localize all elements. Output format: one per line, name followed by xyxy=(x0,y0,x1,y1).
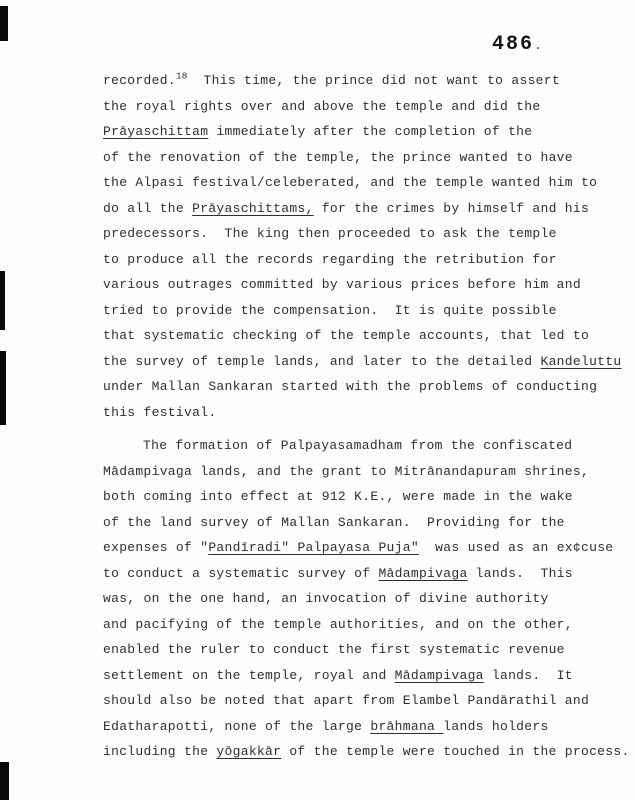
text-line: of the renovation of the temple, the pri… xyxy=(103,145,635,171)
underlined-term: Prāyaschittams, xyxy=(192,201,314,216)
underlined-term: Mādampivaga xyxy=(378,566,467,581)
text-line: of the land survey of Mallan Sankaran. P… xyxy=(103,510,635,536)
text-line: various outrages committed by various pr… xyxy=(103,272,635,298)
text-line: should also be noted that apart from Ela… xyxy=(103,688,635,714)
text-line: tried to provide the compensation. It is… xyxy=(103,298,635,324)
text-segment: do all the xyxy=(103,201,192,216)
page-number: 486. xyxy=(492,33,542,56)
text-line: recorded.18 This time, the prince did no… xyxy=(103,68,635,94)
scan-artifact-mark xyxy=(0,6,8,41)
text-segment: of the temple were touched in the proces… xyxy=(281,744,629,759)
text-line: predecessors. The king then proceeded to… xyxy=(103,221,635,247)
text-segment: to conduct a systematic survey of xyxy=(103,566,378,581)
text-segment: under Mallan Sankaran started with the p… xyxy=(103,379,597,394)
text-line: under Mallan Sankaran started with the p… xyxy=(103,374,635,400)
text-segment: should also be noted that apart from Ela… xyxy=(103,693,589,708)
page-number-dot: . xyxy=(534,38,542,53)
text-segment: Mādampivaga lands, and the grant to Mitr… xyxy=(103,464,589,479)
text-segment: enabled the ruler to conduct the first s… xyxy=(103,642,565,657)
text-segment: to produce all the records regarding the… xyxy=(103,252,557,267)
paragraph: The formation of Palpayasamadham from th… xyxy=(103,433,635,765)
text-segment: that systematic checking of the temple a… xyxy=(103,328,589,343)
text-segment: tried to provide the compensation. It is… xyxy=(103,303,557,318)
text-line: including the yōgakkār of the temple wer… xyxy=(103,739,635,765)
text-segment: the Alpasi festival/celeberated, and the… xyxy=(103,175,597,190)
text-segment: immediately after the completion of the xyxy=(208,124,532,139)
text-segment: the royal rights over and above the temp… xyxy=(103,99,540,114)
text-segment: The formation of Palpayasamadham from th… xyxy=(143,438,572,453)
footnote-reference: 18 xyxy=(176,71,187,82)
underlined-term: yōgakkār xyxy=(216,744,281,759)
text-segment: predecessors. The king then proceeded to… xyxy=(103,226,557,241)
text-line: Edatharapotti, none of the large brāhman… xyxy=(103,714,635,740)
document-page: 486. recorded.18 This time, the prince d… xyxy=(0,0,635,800)
text-segment: was used as an ex¢cuse xyxy=(419,540,613,555)
text-segment: of the land survey of Mallan Sankaran. P… xyxy=(103,515,565,530)
text-segment: for the crimes by himself and his xyxy=(314,201,589,216)
underlined-term: Kandeluttu xyxy=(540,354,621,369)
text-segment: this festival. xyxy=(103,405,216,420)
text-line: that systematic checking of the temple a… xyxy=(103,323,635,349)
text-segment: settlement on the temple, royal and xyxy=(103,668,395,683)
page-number-value: 486 xyxy=(492,33,534,56)
underlined-term: Pandīradi" Palpayasa Puja" xyxy=(208,540,419,555)
text-line: the royal rights over and above the temp… xyxy=(103,94,635,120)
text-segment: of the renovation of the temple, the pri… xyxy=(103,150,573,165)
text-line: this festival. xyxy=(103,400,635,426)
text-segment: expenses of " xyxy=(103,540,208,555)
text-line: expenses of "Pandīradi" Palpayasa Puja" … xyxy=(103,535,635,561)
text-line: both coming into effect at 912 K.E., wer… xyxy=(103,484,635,510)
text-segment: lands. It xyxy=(484,668,573,683)
text-line: enabled the ruler to conduct the first s… xyxy=(103,637,635,663)
text-line: Mādampivaga lands, and the grant to Mitr… xyxy=(103,459,635,485)
scan-artifact-mark xyxy=(0,351,6,425)
underlined-term: Mādampivaga xyxy=(395,668,484,683)
body-text: recorded.18 This time, the prince did no… xyxy=(103,68,635,765)
underlined-term: Prāyaschittam xyxy=(103,124,208,139)
text-line: and pacifying of the temple authorities,… xyxy=(103,612,635,638)
scan-artifact-mark xyxy=(0,762,9,800)
paragraph: recorded.18 This time, the prince did no… xyxy=(103,68,635,425)
scan-artifact-mark xyxy=(0,271,5,330)
text-line: to conduct a systematic survey of Mādamp… xyxy=(103,561,635,587)
text-line: was, on the one hand, an invocation of d… xyxy=(103,586,635,612)
text-segment: various outrages committed by various pr… xyxy=(103,277,581,292)
text-line: to produce all the records regarding the… xyxy=(103,247,635,273)
text-segment: including the xyxy=(103,744,216,759)
text-line: the survey of temple lands, and later to… xyxy=(103,349,635,375)
underlined-term: brāhmana xyxy=(370,719,443,734)
text-segment: lands. This xyxy=(468,566,573,581)
text-line: The formation of Palpayasamadham from th… xyxy=(103,433,635,459)
text-segment: Edatharapotti, none of the large xyxy=(103,719,370,734)
text-line: the Alpasi festival/celeberated, and the… xyxy=(103,170,635,196)
text-segment: both coming into effect at 912 K.E., wer… xyxy=(103,489,573,504)
text-segment: was, on the one hand, an invocation of d… xyxy=(103,591,549,606)
text-segment: recorded. xyxy=(103,73,176,88)
text-line: Prāyaschittam immediately after the comp… xyxy=(103,119,635,145)
text-line: do all the Prāyaschittams, for the crime… xyxy=(103,196,635,222)
text-segment: and pacifying of the temple authorities,… xyxy=(103,617,573,632)
text-segment: This time, the prince did not want to as… xyxy=(187,73,560,88)
text-segment: the survey of temple lands, and later to… xyxy=(103,354,540,369)
text-line: settlement on the temple, royal and Māda… xyxy=(103,663,635,689)
text-segment: lands holders xyxy=(443,719,548,734)
